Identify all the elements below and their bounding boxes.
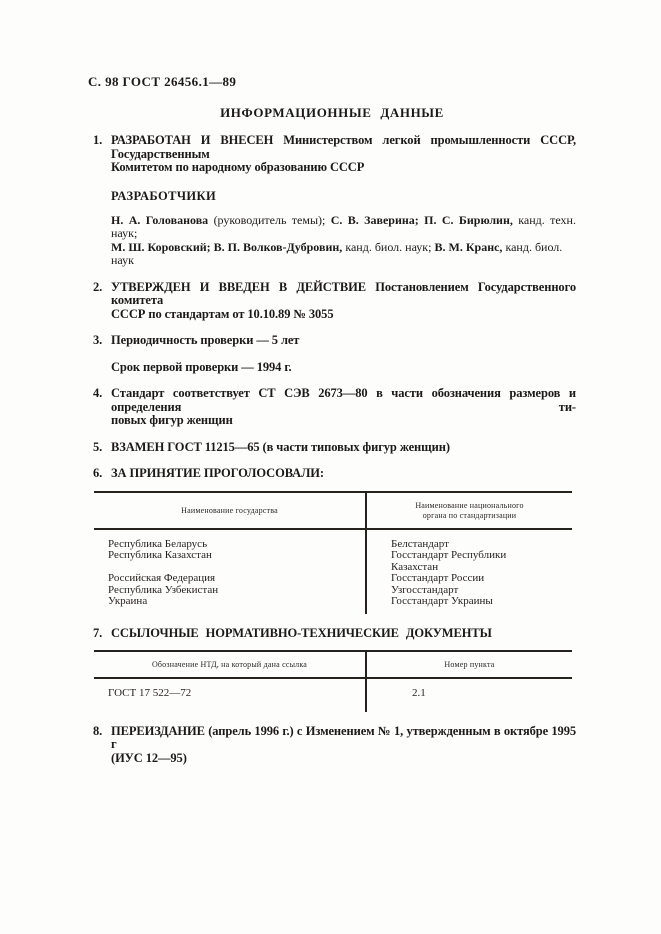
item-voted: 6. ЗА ПРИНЯТИЕ ПРОГОЛОСОВАЛИ: (93, 467, 576, 481)
vote-table-header-state: Наименование государства (94, 492, 366, 529)
item-reprint-line-2: (ИУС 12—95) (111, 752, 576, 766)
clause-cell: 2.1 (366, 678, 572, 712)
page-title: ИНФОРМАЦИОННЫЕ ДАННЫЕ (88, 105, 576, 121)
org-cell: Госстандарт Республики Казахстан (366, 550, 572, 573)
item-periodicity: 3. Периодичность проверки — 5 лет (93, 334, 576, 348)
reference-table-header-clause: Номер пункта (366, 651, 572, 678)
developer-name: Н. А. Голованова (111, 213, 208, 227)
vote-table-row: Украина Госстандарт Украины (94, 596, 572, 614)
item-standard-correspondence-line-2: повых фигур женщин (111, 414, 576, 428)
state-cell: Российская Федерация (94, 573, 366, 585)
item-reference-docs-text: ССЫЛОЧНЫЕ НОРМАТИВНО-ТЕХНИЧЕСКИЕ ДОКУМЕН… (111, 627, 576, 641)
item-replaces: 5. ВЗАМЕН ГОСТ 11215—65 (в части типовых… (93, 441, 576, 455)
item-standard-correspondence-line-1: Стандарт соответствует СТ СЭВ 2673—80 в … (111, 387, 576, 414)
state-cell: Республика Казахстан (94, 550, 366, 573)
running-header: С. 98 ГОСТ 26456.1—89 (88, 74, 576, 90)
developers-line-2: М. Ш. Коровский; В. П. Волков-Дубровин, … (111, 241, 576, 268)
vote-table-header-org: Наименование национального органа по ста… (366, 492, 572, 529)
item-replaces-text: ВЗАМЕН ГОСТ 11215—65 (в части типовых фи… (111, 441, 576, 455)
item-reference-docs-number: 7. (93, 627, 102, 641)
item-first-check: Срок первой проверки — 1994 г. (93, 361, 576, 375)
reference-table-row: ГОСТ 17 522—72 2.1 (94, 678, 572, 712)
org-cell: Госстандарт России (366, 573, 572, 585)
org-cell: Госстандарт Украины (366, 596, 572, 614)
developer-qualification: канд. биол. наук; (342, 240, 434, 254)
vote-table-row: Республика Беларусь Белстандарт (94, 529, 572, 551)
item-periodicity-text: Периодичность проверки — 5 лет (111, 334, 576, 348)
developers-line-1: Н. А. Голованова (руководитель темы); С.… (111, 214, 576, 241)
state-cell: Республика Беларусь (94, 529, 366, 551)
item-developed-line-1: РАЗРАБОТАН И ВНЕСЕН Министерством легкой… (111, 134, 576, 161)
org-cell: Белстандарт (366, 529, 572, 551)
item-reprint-line-1: ПЕРЕИЗДАНИЕ (апрель 1996 г.) с Изменение… (111, 725, 576, 752)
document-page: С. 98 ГОСТ 26456.1—89 ИНФОРМАЦИОННЫЕ ДАН… (0, 0, 661, 934)
developers-heading: РАЗРАБОТЧИКИ (111, 189, 576, 204)
doc-cell: ГОСТ 17 522—72 (94, 678, 366, 712)
developer-role: (руководитель темы); (208, 213, 331, 227)
developer-name: М. Ш. Коровский; В. П. Волков-Дубровин, (111, 240, 342, 254)
item-developed-number: 1. (93, 134, 102, 148)
item-voted-text: ЗА ПРИНЯТИЕ ПРОГОЛОСОВАЛИ: (111, 467, 576, 481)
org-cell-line-1: Госстандарт Республики (391, 550, 572, 562)
vote-table-header-row: Наименование государства Наименование на… (94, 492, 572, 529)
item-developed: 1. РАЗРАБОТАН И ВНЕСЕН Министерством лег… (93, 134, 576, 175)
item-developed-line-2: Комитетом по народному образованию СССР (111, 161, 576, 175)
item-voted-number: 6. (93, 467, 102, 481)
vote-table-row: Республика Узбекистан Узгосстандарт (94, 585, 572, 597)
item-first-check-text: Срок первой проверки — 1994 г. (111, 361, 576, 375)
item-approved-number: 2. (93, 281, 102, 295)
reference-table-header-doc: Обозначение НТД, на который дана ссылка (94, 651, 366, 678)
vote-table-row: Российская Федерация Госстандарт России (94, 573, 572, 585)
item-standard-correspondence-number: 4. (93, 387, 102, 401)
vote-table-header-org-line-2: органа по стандартизации (371, 511, 568, 521)
vote-table-header-org-line-1: Наименование национального (371, 501, 568, 511)
reference-table: Обозначение НТД, на который дана ссылка … (94, 650, 572, 712)
item-approved: 2. УТВЕРЖДЕН И ВВЕДЕН В ДЕЙСТВИЕ Постано… (93, 281, 576, 322)
item-periodicity-number: 3. (93, 334, 102, 348)
item-reference-docs-heading: 7. ССЫЛОЧНЫЕ НОРМАТИВНО-ТЕХНИЧЕСКИЕ ДОКУ… (93, 627, 576, 641)
vote-table-row: Республика Казахстан Госстандарт Республ… (94, 550, 572, 573)
item-approved-line-2: СССР по стандартам от 10.10.89 № 3055 (111, 308, 576, 322)
developer-name: С. В. Заверина; П. С. Бирюлин, (331, 213, 513, 227)
item-approved-line-1: УТВЕРЖДЕН И ВВЕДЕН В ДЕЙСТВИЕ Постановле… (111, 281, 576, 308)
developer-name: В. М. Кранс, (434, 240, 502, 254)
item-replaces-number: 5. (93, 441, 102, 455)
reference-table-header-row: Обозначение НТД, на который дана ссылка … (94, 651, 572, 678)
state-cell: Украина (94, 596, 366, 614)
developers-list: Н. А. Голованова (руководитель темы); С.… (111, 214, 576, 268)
item-standard-correspondence: 4. Стандарт соответствует СТ СЭВ 2673—80… (93, 387, 576, 428)
item-reprint-number: 8. (93, 725, 102, 739)
vote-table: Наименование государства Наименование на… (94, 491, 572, 614)
item-reprint: 8. ПЕРЕИЗДАНИЕ (апрель 1996 г.) с Измене… (93, 725, 576, 766)
